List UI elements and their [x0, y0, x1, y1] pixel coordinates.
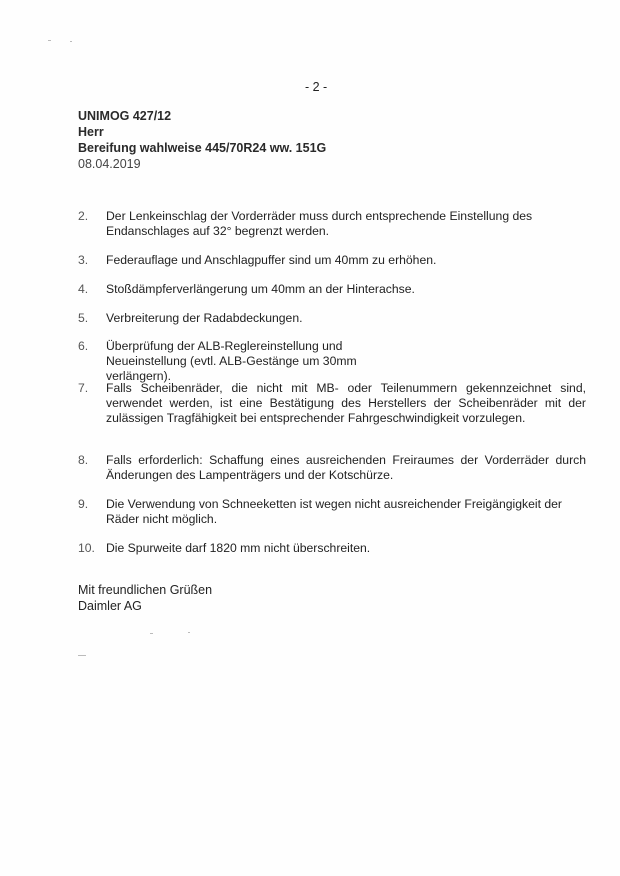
list-item: 2. Der Lenkeinschlag der Vorderräder mus…	[78, 209, 566, 239]
salutation: Herr	[78, 124, 326, 140]
item-text: Überprüfung der ALB-Reglereinstellung un…	[106, 339, 406, 384]
subject-line: Bereifung wahlweise 445/70R24 ww. 151G	[78, 140, 326, 156]
list-item: 5. Verbreiterung der Radabdeckungen.	[78, 311, 606, 326]
item-number: 4.	[78, 282, 106, 297]
letter-header: UNIMOG 427/12 Herr Bereifung wahlweise 4…	[78, 108, 326, 172]
list-item: 7. Falls Scheibenräder, die nicht mit MB…	[78, 381, 586, 426]
scan-speck	[70, 41, 72, 42]
list-item: 10. Die Spurweite darf 1820 mm nicht übe…	[78, 541, 606, 556]
document-page: - 2 - UNIMOG 427/12 Herr Bereifung wahlw…	[0, 0, 620, 876]
closing-greeting: Mit freundlichen Grüßen	[78, 582, 212, 598]
vehicle-model: UNIMOG 427/12	[78, 108, 326, 124]
item-number: 9.	[78, 497, 106, 527]
scan-speck	[48, 40, 51, 41]
list-item: 6. Überprüfung der ALB-Reglereinstellung…	[78, 339, 406, 384]
page-number: - 2 -	[305, 80, 327, 94]
item-number: 5.	[78, 311, 106, 326]
scan-speck	[78, 655, 86, 656]
list-item: 9. Die Verwendung von Schneeketten ist w…	[78, 497, 576, 527]
closing-signature: Daimler AG	[78, 598, 212, 614]
item-number: 8.	[78, 453, 106, 483]
item-number: 7.	[78, 381, 106, 426]
item-text: Der Lenkeinschlag der Vorderräder muss d…	[106, 209, 566, 239]
letter-date: 08.04.2019	[78, 156, 326, 172]
list-item: 3. Federauflage und Anschlagpuffer sind …	[78, 253, 606, 268]
item-text: Federauflage und Anschlagpuffer sind um …	[106, 253, 606, 268]
scan-speck	[150, 633, 153, 634]
scan-speck	[188, 632, 190, 633]
item-text: Die Spurweite darf 1820 mm nicht übersch…	[106, 541, 606, 556]
list-item: 8. Falls erforderlich: Schaffung eines a…	[78, 453, 586, 483]
item-number: 6.	[78, 339, 106, 384]
closing-block: Mit freundlichen Grüßen Daimler AG	[78, 582, 212, 614]
list-item: 4. Stoßdämpferverlängerung um 40mm an de…	[78, 282, 606, 297]
item-number: 10.	[78, 541, 106, 556]
item-number: 2.	[78, 209, 106, 239]
item-number: 3.	[78, 253, 106, 268]
item-text: Verbreiterung der Radabdeckungen.	[106, 311, 606, 326]
item-text: Falls erforderlich: Schaffung eines ausr…	[106, 453, 586, 483]
item-text: Stoßdämpferverlängerung um 40mm an der H…	[106, 282, 606, 297]
item-text: Die Verwendung von Schneeketten ist wege…	[106, 497, 576, 527]
item-text: Falls Scheibenräder, die nicht mit MB- o…	[106, 381, 586, 426]
